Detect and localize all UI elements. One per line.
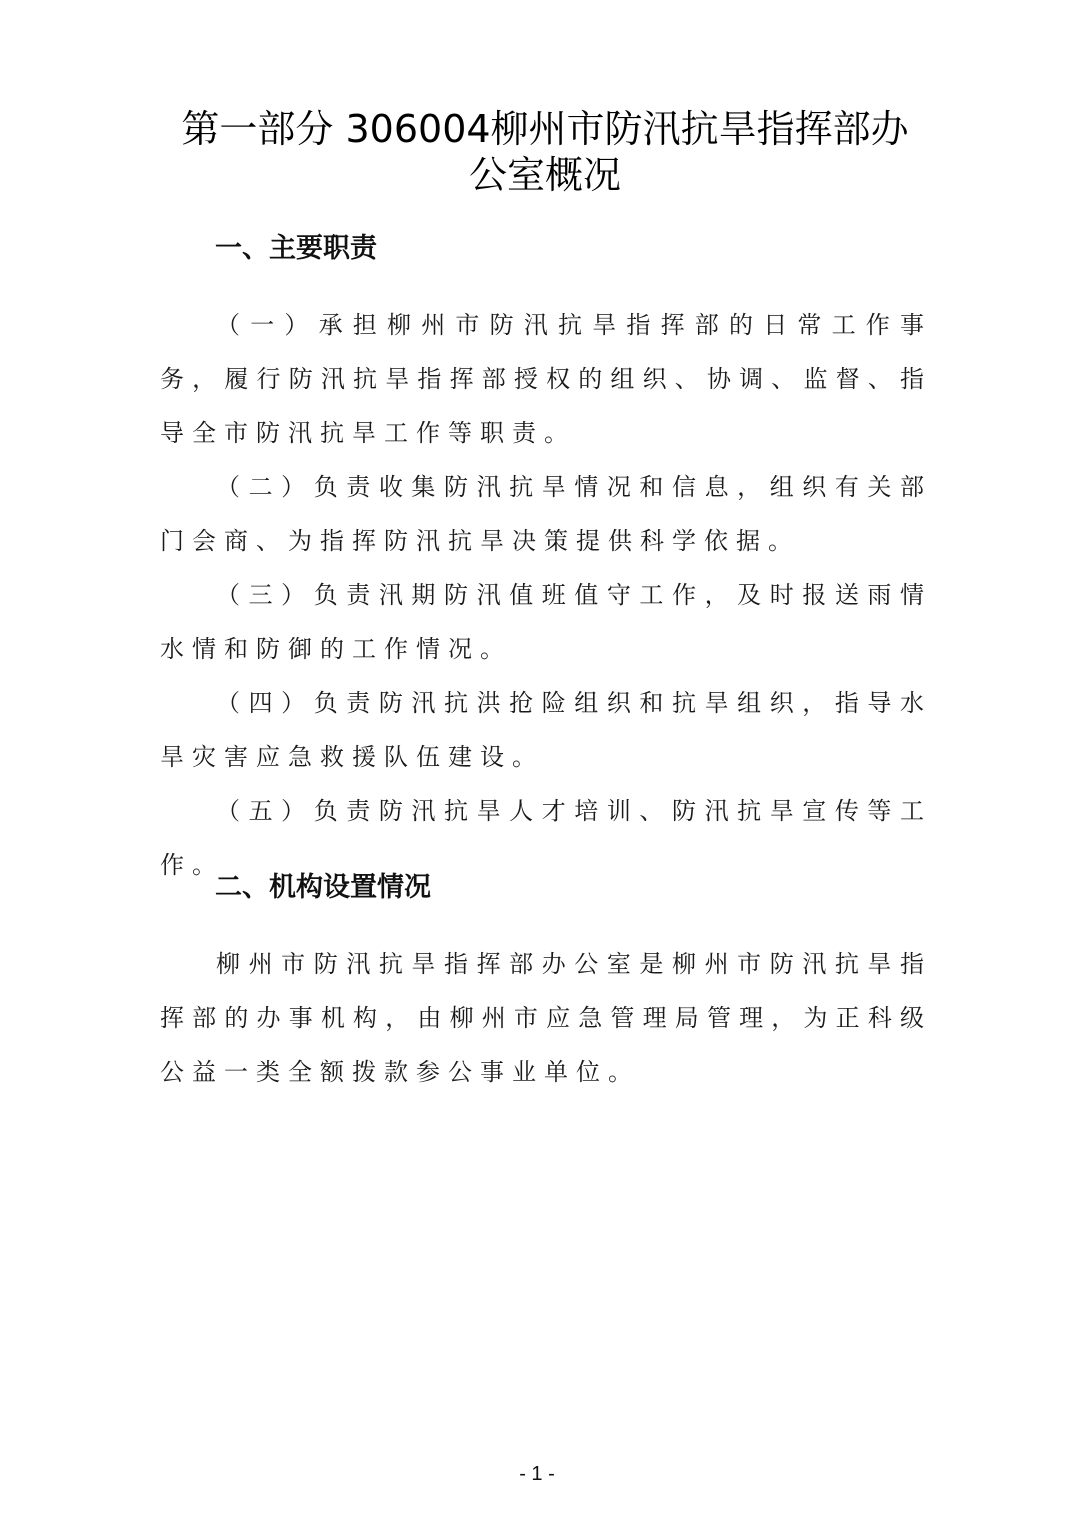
document-page: 第一部分 306004柳州市防汛抗旱指挥部办 公室概况 一、主要职责 （一）承担… xyxy=(0,0,1074,1520)
section-heading-main-duties: 一、主要职责 xyxy=(215,232,377,266)
page-title-line-1: 第一部分 306004柳州市防汛抗旱指挥部办 xyxy=(181,107,908,151)
duty-paragraph-3: （三）负责汛期防汛值班值守工作，及时报送雨情水情和防御的工作情况。 xyxy=(160,568,932,676)
section-body-main-duties: （一）承担柳州市防汛抗旱指挥部的日常工作事务，履行防汛抗旱指挥部授权的组织、协调… xyxy=(160,298,932,892)
duty-paragraph-2: （二）负责收集防汛抗旱情况和信息，组织有关部门会商、为指挥防汛抗旱决策提供科学依… xyxy=(160,460,932,568)
organization-paragraph: 柳州市防汛抗旱指挥部办公室是柳州市防汛抗旱指挥部的办事机构，由柳州市应急管理局管… xyxy=(160,937,932,1099)
page-title: 第一部分 306004柳州市防汛抗旱指挥部办 公室概况 xyxy=(150,106,940,198)
duty-paragraph-1: （一）承担柳州市防汛抗旱指挥部的日常工作事务，履行防汛抗旱指挥部授权的组织、协调… xyxy=(160,298,932,460)
section-heading-organization: 二、机构设置情况 xyxy=(215,871,431,905)
page-title-line-2: 公室概况 xyxy=(469,153,621,197)
section-body-organization: 柳州市防汛抗旱指挥部办公室是柳州市防汛抗旱指挥部的办事机构，由柳州市应急管理局管… xyxy=(160,937,932,1099)
page-number: - 1 - xyxy=(0,1462,1074,1486)
duty-paragraph-4: （四）负责防汛抗洪抢险组织和抗旱组织，指导水旱灾害应急救援队伍建设。 xyxy=(160,676,932,784)
